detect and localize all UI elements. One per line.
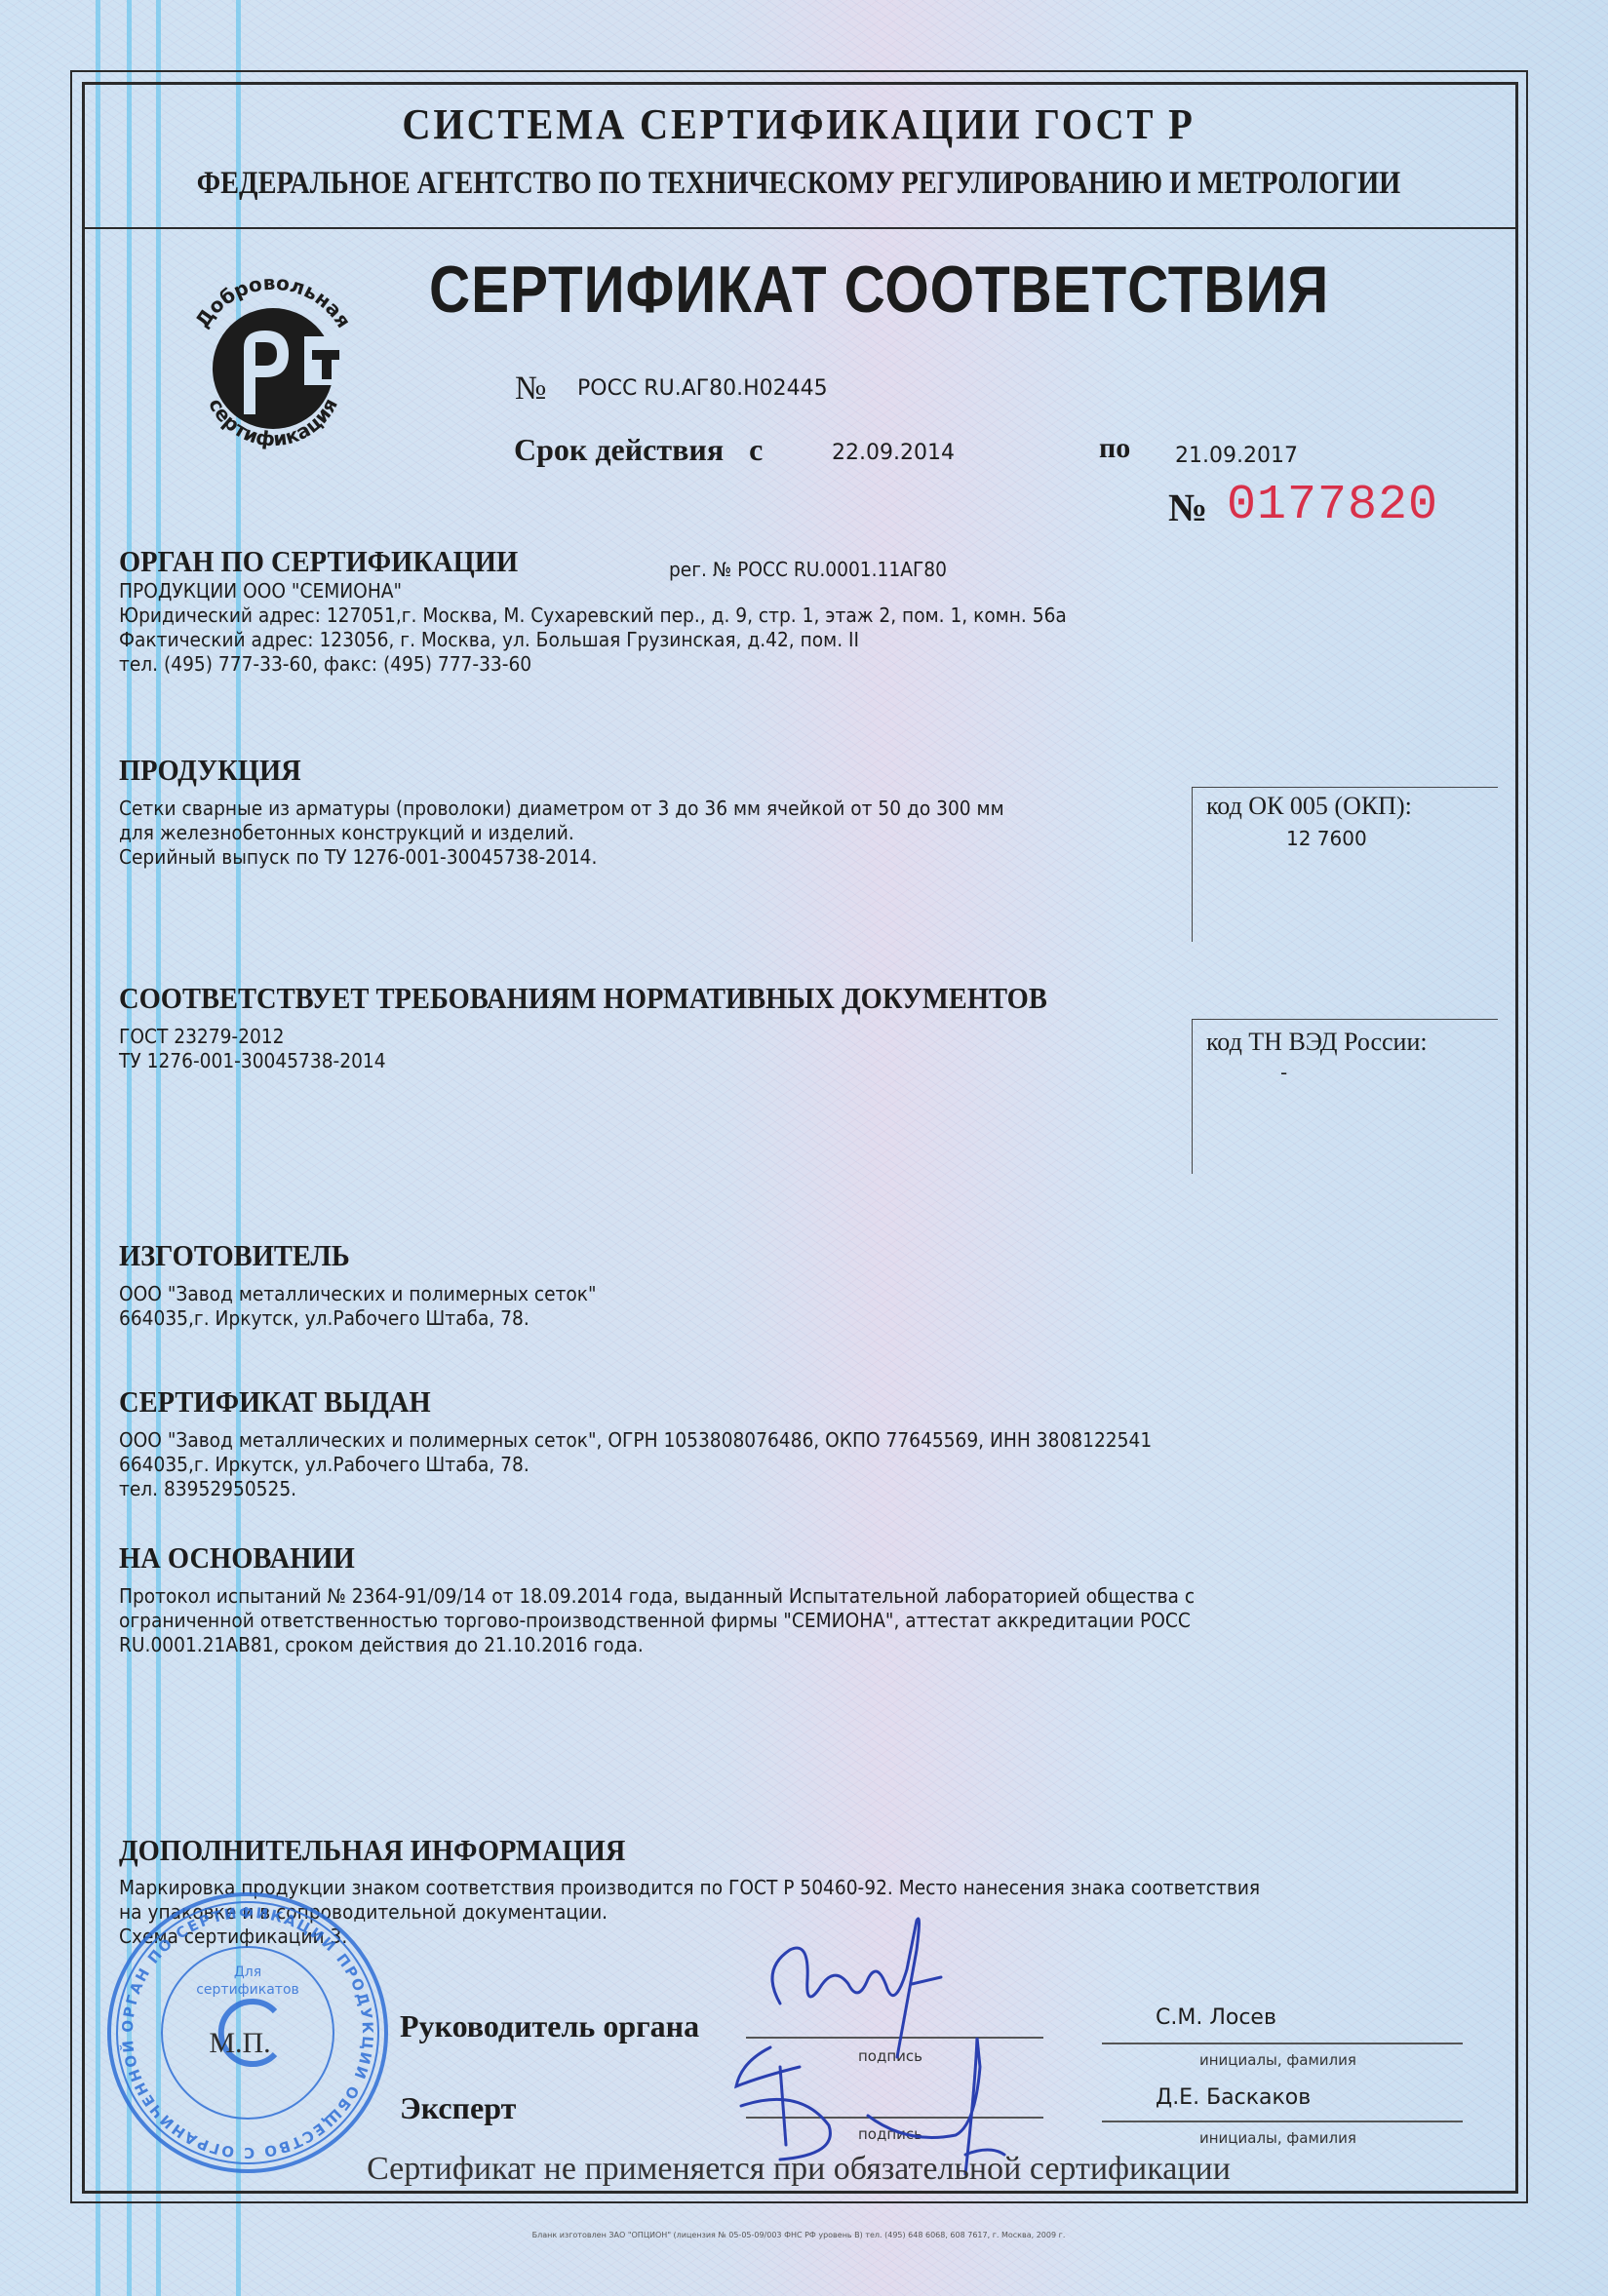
head-name-caption: инициалы, фамилия bbox=[1199, 2051, 1356, 2069]
basis-details: Протокол испытаний № 2364-91/09/14 от 18… bbox=[119, 1584, 1275, 1657]
issued-to-heading: СЕРТИФИКАТ ВЫДАН bbox=[119, 1384, 431, 1420]
to-label: по bbox=[1099, 432, 1130, 465]
product-heading: ПРОДУКЦИЯ bbox=[119, 753, 301, 788]
tnved-code-value: - bbox=[1193, 1057, 1498, 1084]
head-label: Руководитель органа bbox=[400, 2008, 699, 2044]
certification-body-heading: ОРГАН ПО СЕРТИФИКАЦИИ bbox=[119, 544, 518, 579]
manufacturer-heading: ИЗГОТОВИТЕЛЬ bbox=[119, 1238, 350, 1273]
blank-serial-number: 0177820 bbox=[1227, 478, 1438, 533]
issued-to-line: тел. 83952950525. bbox=[119, 1477, 1152, 1501]
number-sign: № bbox=[515, 370, 546, 408]
certification-body-line: тел. (495) 777-33-60, факс: (495) 777-33… bbox=[119, 652, 1067, 677]
issued-to-line: ООО "Завод металлических и полимерных се… bbox=[119, 1428, 1152, 1453]
certificate-title: СЕРТИФИКАТ СООТВЕТСТВИЯ bbox=[429, 252, 1329, 328]
issued-to-details: ООО "Завод металлических и полимерных се… bbox=[119, 1428, 1230, 1501]
manufacturer-line: 664035,г. Иркутск, ул.Рабочего Штаба, 78… bbox=[119, 1306, 597, 1331]
validity-label: Срок действия с bbox=[514, 432, 763, 468]
stamp-center-text: сертификатов bbox=[196, 1982, 299, 1998]
product-line: Сетки сварные из арматуры (проволоки) ди… bbox=[119, 797, 1004, 821]
basis-heading: НА ОСНОВАНИИ bbox=[119, 1540, 355, 1576]
blank-number-sign: № bbox=[1168, 485, 1207, 530]
stamp-center-text: Для bbox=[234, 1965, 261, 1980]
product-line: Серийный выпуск по ТУ 1276-001-30045738-… bbox=[119, 845, 1004, 870]
additional-info-heading: ДОПОЛНИТЕЛЬНАЯ ИНФОРМАЦИЯ bbox=[119, 1833, 625, 1868]
basis-line: Протокол испытаний № 2364-91/09/14 от 18… bbox=[119, 1584, 1195, 1609]
validity-label-text: Срок действия bbox=[514, 432, 724, 467]
from-label: с bbox=[749, 432, 763, 467]
expert-name-caption: инициалы, фамилия bbox=[1199, 2129, 1356, 2147]
normative-document: ТУ 1276-001-30045738-2014 bbox=[119, 1049, 386, 1073]
tnved-code-label: код ТН ВЭД России: bbox=[1193, 1020, 1498, 1057]
rst-logo-icon: Добровольная сертификация bbox=[176, 268, 371, 463]
manufacturer-line: ООО "Завод металлических и полимерных се… bbox=[119, 1282, 597, 1306]
okp-code-box: код ОК 005 (ОКП): 12 7600 bbox=[1192, 787, 1498, 942]
system-title: СИСТЕМА СЕРТИФИКАЦИИ ГОСТ Р bbox=[139, 99, 1458, 149]
conformity-documents: ГОСТ 23279-2012 ТУ 1276-001-30045738-201… bbox=[119, 1025, 406, 1073]
product-description: Сетки сварные из арматуры (проволоки) ди… bbox=[119, 797, 1071, 870]
conformity-heading: СООТВЕТСТВУЕТ ТРЕБОВАНИЯМ НОРМАТИВНЫХ ДО… bbox=[119, 981, 1047, 1016]
head-name-line bbox=[1102, 2043, 1463, 2044]
non-mandatory-notice: Сертификат не применяется при обязательн… bbox=[82, 2151, 1515, 2188]
tnved-code-box: код ТН ВЭД России: - bbox=[1192, 1019, 1498, 1174]
header-divider bbox=[82, 227, 1515, 229]
seal-stamp-icon: ОРГАН ПО СЕРТИФИКАЦИИ ПРОДУКЦИИ ОБЩЕСТВО… bbox=[101, 1887, 394, 2179]
certification-body-details: ПРОДУКЦИИ ООО "СЕМИОНА" Юридический адре… bbox=[119, 579, 1138, 677]
valid-to-date: 21.09.2017 bbox=[1175, 444, 1298, 468]
issued-to-line: 664035,г. Иркутск, ул.Рабочего Штаба, 78… bbox=[119, 1453, 1152, 1477]
mp-label: М.П. bbox=[209, 2027, 270, 2059]
basis-line: RU.0001.21АВ81, сроком действия до 21.10… bbox=[119, 1633, 1195, 1657]
normative-document: ГОСТ 23279-2012 bbox=[119, 1025, 386, 1049]
valid-from-date: 22.09.2014 bbox=[832, 441, 955, 465]
agency-title: ФЕДЕРАЛЬНОЕ АГЕНТСТВО ПО ТЕХНИЧЕСКОМУ РЕ… bbox=[182, 166, 1415, 202]
certificate-number: РОСС RU.АГ80.Н02445 bbox=[577, 376, 828, 401]
product-line: для железнобетонных конструкций и издели… bbox=[119, 821, 1004, 845]
expert-name-line bbox=[1102, 2121, 1463, 2122]
head-name: С.М. Лосев bbox=[1156, 2005, 1276, 2030]
expert-label: Эксперт bbox=[400, 2090, 516, 2126]
certification-body-line: Фактический адрес: 123056, г. Москва, ул… bbox=[119, 628, 1067, 652]
expert-name: Д.Е. Баскаков bbox=[1156, 2085, 1311, 2110]
printer-imprint: Бланк изготовлен ЗАО "ОПЦИОН" (лицензия … bbox=[82, 2231, 1515, 2239]
okp-code-label: код ОК 005 (ОКП): bbox=[1193, 788, 1498, 821]
manufacturer-details: ООО "Завод металлических и полимерных се… bbox=[119, 1282, 632, 1331]
okp-code-value: 12 7600 bbox=[1193, 821, 1498, 850]
certification-body-line: ПРОДУКЦИИ ООО "СЕМИОНА" bbox=[119, 579, 1067, 603]
basis-line: ограниченной ответственностью торгово-пр… bbox=[119, 1609, 1195, 1633]
certification-body-line: Юридический адрес: 127051,г. Москва, М. … bbox=[119, 603, 1067, 628]
